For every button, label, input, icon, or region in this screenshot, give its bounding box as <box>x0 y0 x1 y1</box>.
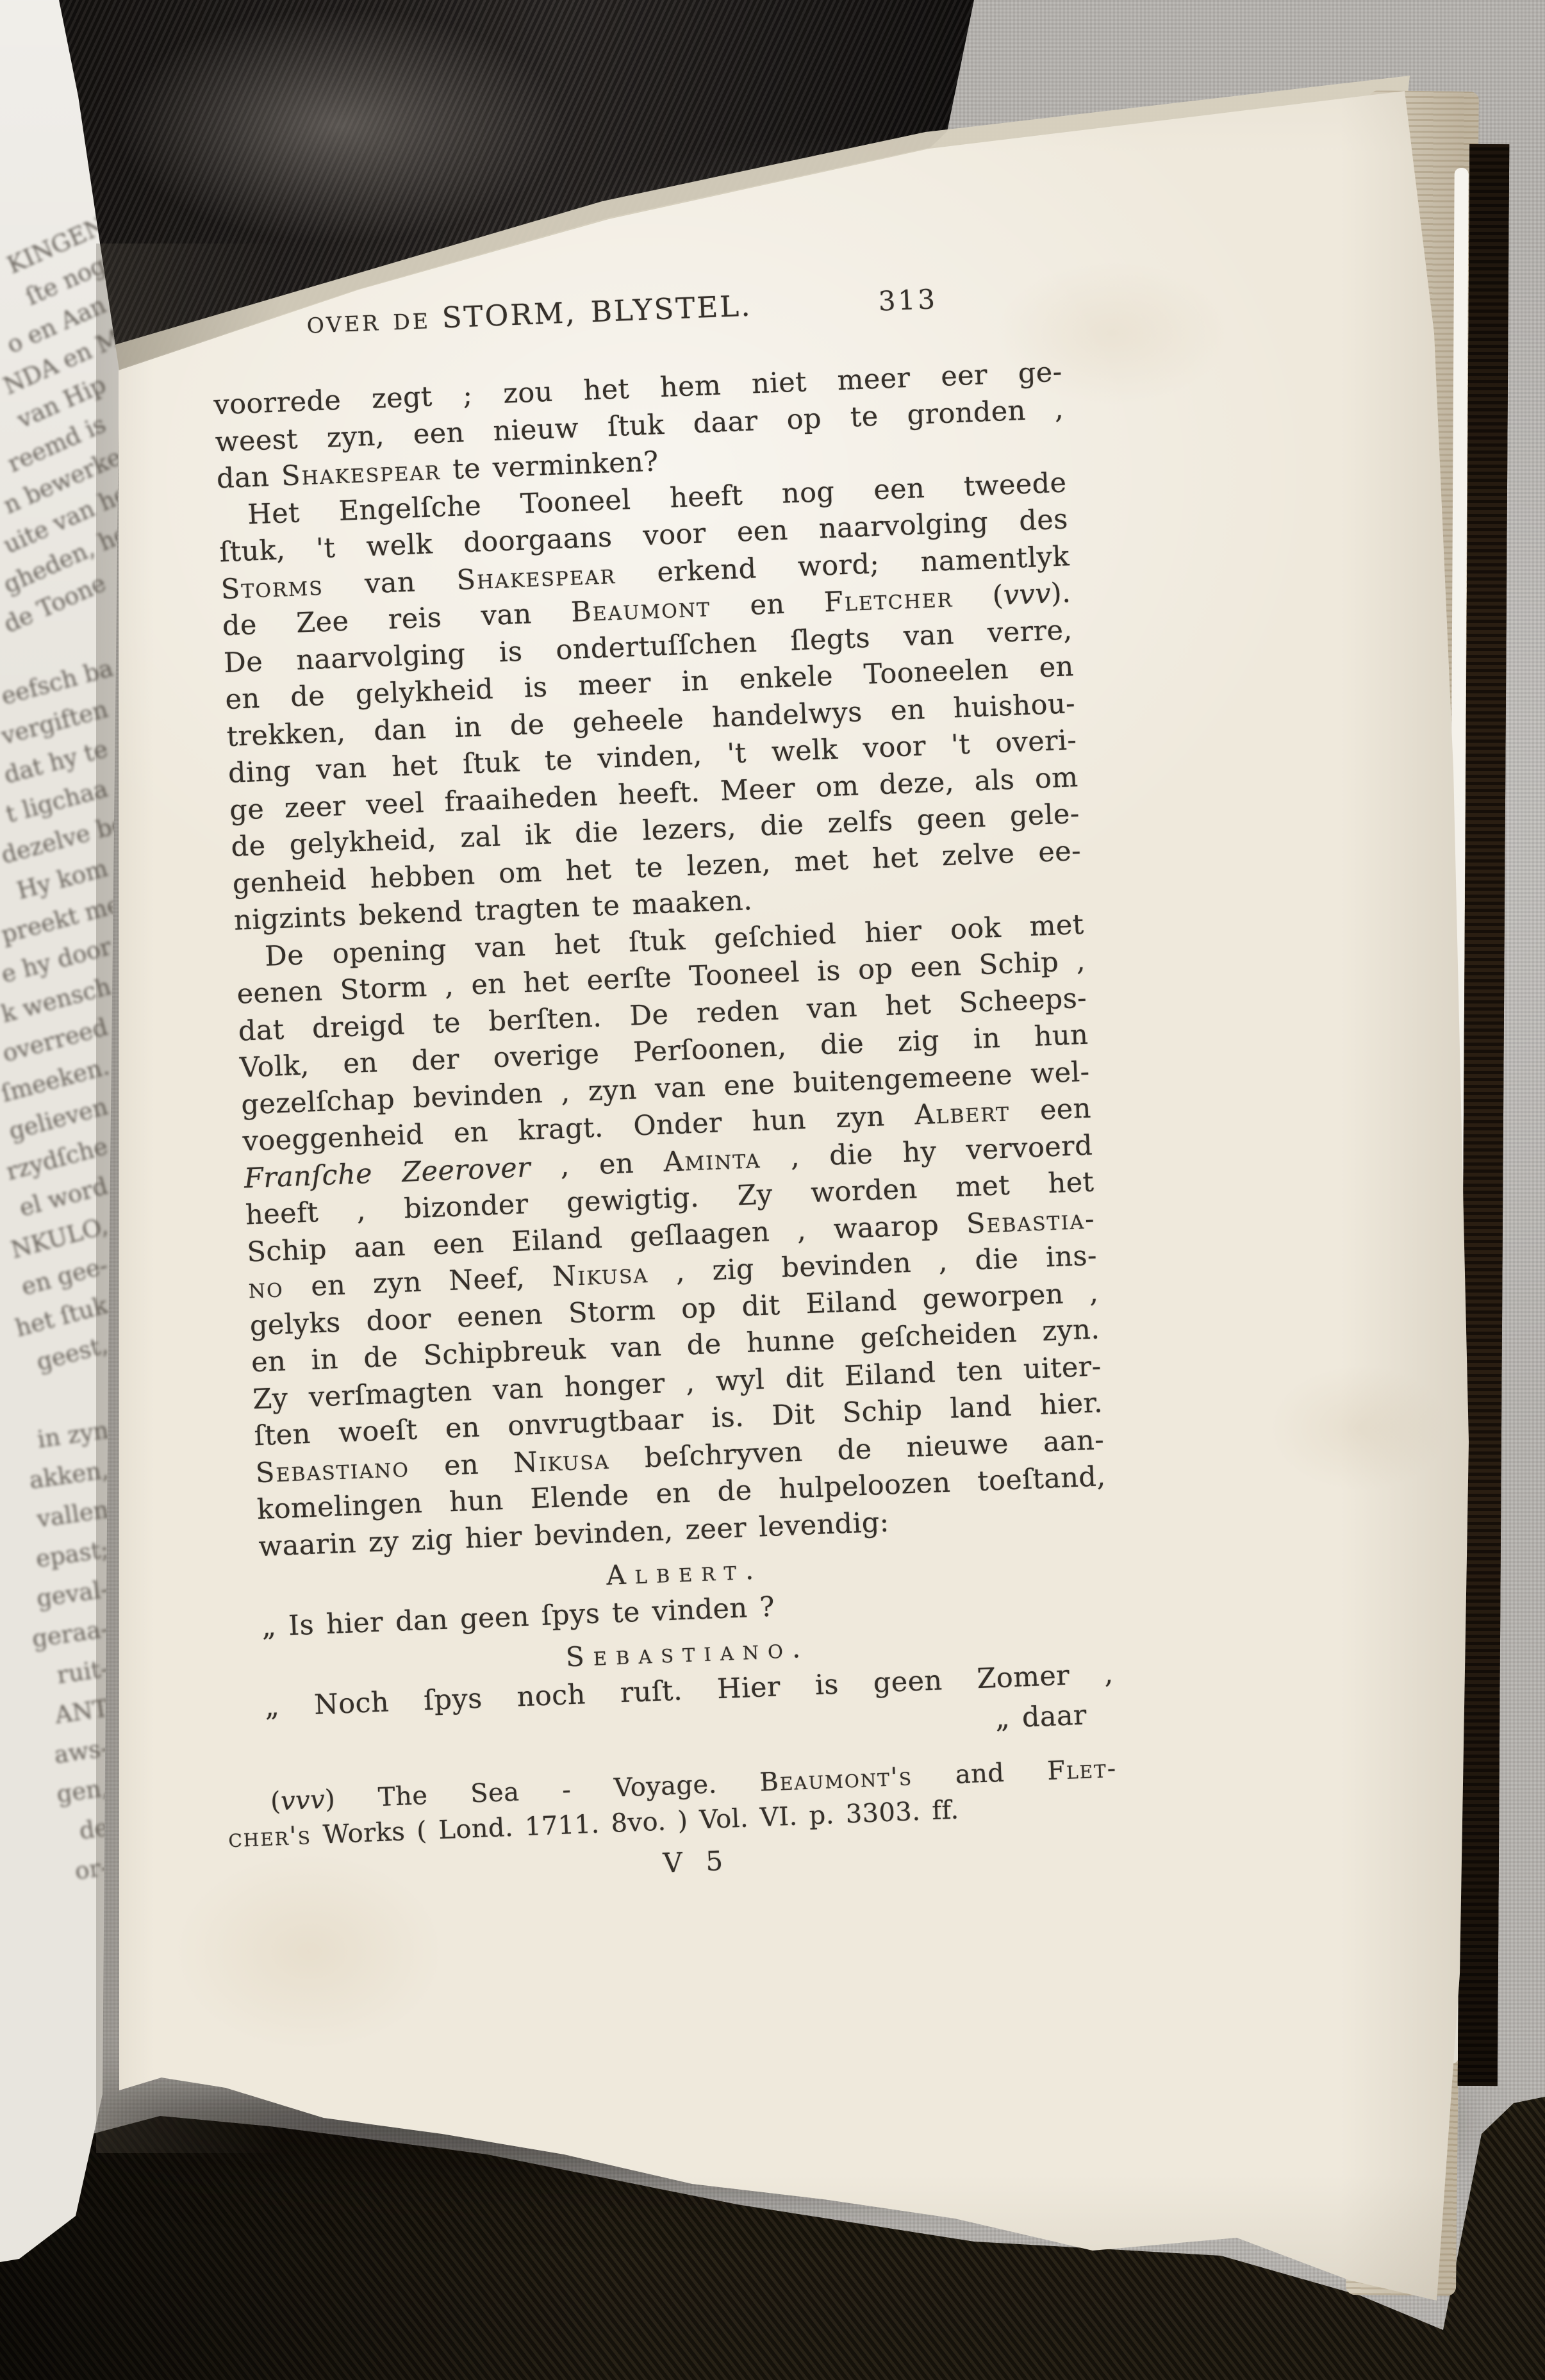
text-run: van <box>323 564 458 601</box>
small-caps-text: Nikusa <box>513 1443 610 1479</box>
small-caps-text: no <box>248 1271 285 1305</box>
small-caps-text: Fletcher <box>823 581 954 618</box>
small-caps-text: cher's <box>227 1821 311 1853</box>
text-run: and <box>912 1756 1048 1791</box>
text-run: en <box>409 1447 514 1483</box>
header-title-main: STORM, BLYSTEL. <box>442 288 753 335</box>
text-block: OVER DE STORM, BLYSTEL. 313 voorrede zeg… <box>210 277 1121 1897</box>
small-caps-text: Beaumont's <box>759 1762 913 1797</box>
text-run: te verminken? <box>440 445 659 486</box>
small-caps-text: Shakespear <box>281 454 441 493</box>
text-run: een <box>1009 1093 1092 1128</box>
right-page: OVER DE STORM, BLYSTEL. 313 voorrede zeg… <box>0 0 1545 2380</box>
text-body: voorrede zegt ; zou het hem niet meer ee… <box>213 354 1114 1726</box>
small-caps-text: Storms <box>220 570 324 606</box>
small-caps-text: Sebastia- <box>966 1203 1096 1240</box>
small-caps-text: Beaumont <box>570 591 711 629</box>
small-caps-text: Aminta <box>663 1142 761 1178</box>
small-caps-text: Sebastiano <box>255 1451 410 1489</box>
small-caps-text: Albert <box>914 1096 1011 1132</box>
small-caps-text: Shakespear <box>456 558 616 597</box>
text-run: ( <box>270 1787 281 1817</box>
photo-background: { "colors": { "paper": "#efe9dc", "ink":… <box>0 0 1545 2380</box>
italic-text: vvv <box>1003 577 1052 611</box>
text-run: dan <box>216 460 282 495</box>
small-caps-text: Nikusa <box>552 1257 649 1293</box>
header-title-prefix: OVER DE <box>306 308 431 338</box>
page-number: 313 <box>878 283 938 317</box>
text-run: , en <box>530 1146 664 1183</box>
text-run: ). <box>1050 577 1071 609</box>
italic-text: vvv <box>280 1785 326 1816</box>
small-caps-text: Flet- <box>1046 1753 1118 1785</box>
text-run: en <box>710 586 825 623</box>
text-run: ( <box>952 579 1004 613</box>
